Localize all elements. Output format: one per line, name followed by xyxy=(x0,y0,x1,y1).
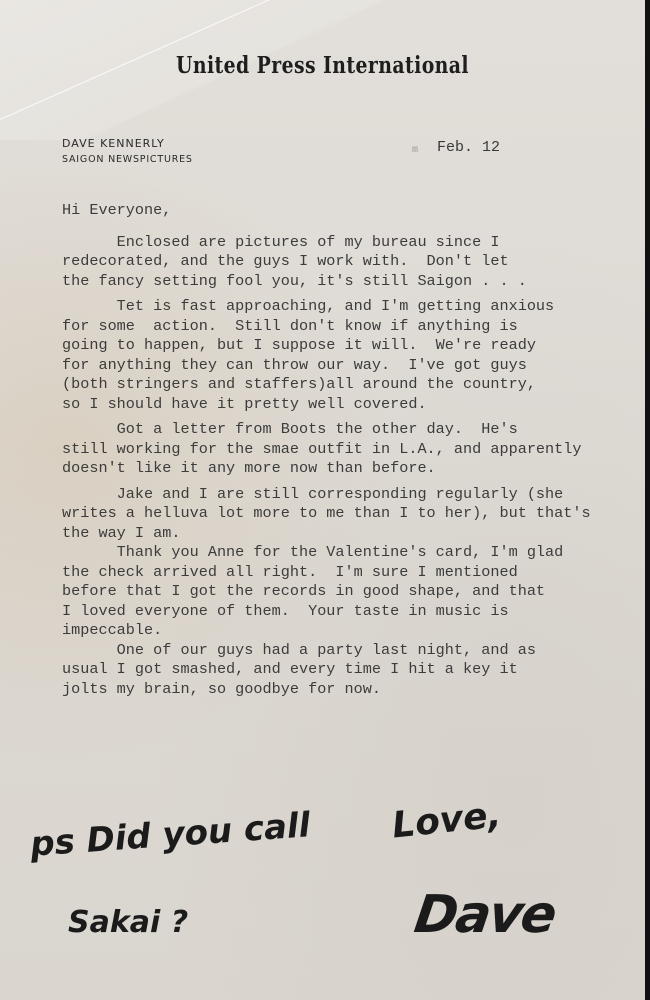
sender-department: SAIGON NEWSPICTURES xyxy=(62,154,193,165)
paragraph-6: One of our guys had a party last night, … xyxy=(62,641,645,700)
paragraph-1: Enclosed are pictures of my bureau since… xyxy=(62,233,645,292)
paragraph-4: Jake and I are still corresponding regul… xyxy=(62,485,645,544)
text-line: so I should have it pretty well covered. xyxy=(62,395,645,415)
text-line: Got a letter from Boots the other day. H… xyxy=(62,420,645,440)
text-line: impeccable. xyxy=(62,621,645,641)
text-line: before that I got the records in good sh… xyxy=(62,582,645,602)
text-line: usual I got smashed, and every time I hi… xyxy=(62,660,645,680)
letter-body: Hi Everyone, Enclosed are pictures of my… xyxy=(62,201,645,699)
text-line: I loved everyone of them. Your taste in … xyxy=(62,602,645,622)
text-line: Thank you Anne for the Valentine's card,… xyxy=(62,543,645,563)
text-line: jolts my brain, so goodbye for now. xyxy=(62,680,645,700)
text-line: still working for the smae outfit in L.A… xyxy=(62,440,645,460)
text-line: Enclosed are pictures of my bureau since… xyxy=(62,233,645,253)
text-line: for some action. Still don't know if any… xyxy=(62,317,645,337)
text-line: (both stringers and staffers)all around … xyxy=(62,375,645,395)
paragraph-5: Thank you Anne for the Valentine's card,… xyxy=(62,543,645,641)
paragraph-3: Got a letter from Boots the other day. H… xyxy=(62,420,645,479)
text-line: redecorated, and the guys I work with. D… xyxy=(62,252,645,272)
scan-edge xyxy=(645,0,650,1000)
sender-name: DAVE KENNERLY xyxy=(62,137,193,150)
text-line: writes a helluva lot more to me than I t… xyxy=(62,504,645,524)
handwritten-postscript-line2: Sakai ? xyxy=(68,905,188,940)
text-line: going to happen, but I suppose it will. … xyxy=(62,336,645,356)
text-line: for anything they can throw our way. I'v… xyxy=(62,356,645,376)
date-mark: m xyxy=(412,145,418,156)
handwritten-signature: Dave xyxy=(411,885,559,945)
text-line: doesn't like it any more now than before… xyxy=(62,459,645,479)
text-line: the way I am. xyxy=(62,524,645,544)
text-line: One of our guys had a party last night, … xyxy=(62,641,645,661)
paragraph-2: Tet is fast approaching, and I'm getting… xyxy=(62,297,645,414)
salutation: Hi Everyone, xyxy=(62,201,645,221)
sender-block: DAVE KENNERLY SAIGON NEWSPICTURES xyxy=(62,137,193,165)
text-line: Jake and I are still corresponding regul… xyxy=(62,485,645,505)
letter-date: Feb. 12 xyxy=(437,139,500,156)
letterhead-title: United Press International xyxy=(58,52,587,79)
letter-page: United Press International DAVE KENNERLY… xyxy=(0,0,645,1000)
handwritten-closing: Love, xyxy=(390,794,503,846)
text-line: Tet is fast approaching, and I'm getting… xyxy=(62,297,645,317)
handwritten-postscript-line1: ps Did you call xyxy=(29,805,312,864)
text-line: the check arrived all right. I'm sure I … xyxy=(62,563,645,583)
text-line: the fancy setting fool you, it's still S… xyxy=(62,272,645,292)
